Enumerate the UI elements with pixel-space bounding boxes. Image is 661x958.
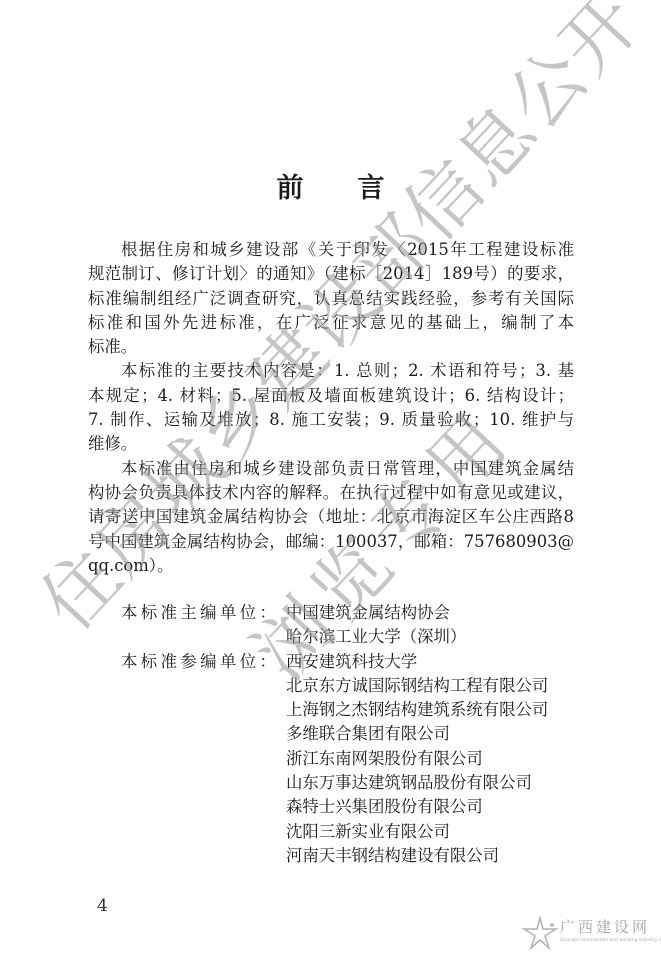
title-char-2: 言 <box>358 166 385 205</box>
text-line: 规范制订、修订计划〉的通知》（建标［2014］189号）的要求， <box>88 262 574 286</box>
page-title: 前言 <box>0 166 661 205</box>
participating-unit: 北京东方诚国际钢结构工程有限公司 <box>286 674 548 698</box>
participating-unit: 上海钢之杰钢结构建筑系统有限公司 <box>286 698 548 722</box>
text-line: 本标准的主要技术内容是：1. 总则；2. 术语和符号；3. 基 <box>88 359 574 383</box>
logo-subtitle: Guangxi construction and building indust… <box>560 938 661 943</box>
logo-name: 广西建设网 <box>560 916 650 937</box>
editor-units: 本标准主编单位： 中国建筑金属结构协会 哈尔滨工业大学（深圳） 本标准参编单位：… <box>121 601 548 868</box>
text-line: 标准和国外先进标准，在广泛征求意见的基础上，编制了本 <box>88 311 574 335</box>
preface-body: 根据住房和城乡建设部《关于印发〈2015年工程建设标准 规范制订、修订计划〉的通… <box>88 238 574 578</box>
paragraph-1: 根据住房和城乡建设部《关于印发〈2015年工程建设标准 规范制订、修订计划〉的通… <box>88 238 574 359</box>
text-line: 标准编制组经广泛调查研究，认真总结实践经验，参考有关国际 <box>88 287 574 311</box>
participating-editor-row: 本标准参编单位： 西安建筑科技大学 <box>121 650 548 674</box>
participating-editor-label: 本标准参编单位： <box>121 650 286 674</box>
text-line: qq.com）。 <box>88 554 574 578</box>
text-line: 号中国建筑金属结构协会，邮编：100037，邮箱：757680903@ <box>88 530 574 554</box>
text-line: 请寄送中国建筑金属结构协会（地址：北京市海淀区车公庄西路8 <box>88 505 574 529</box>
participating-unit: 沈阳三新实业有限公司 <box>286 820 450 844</box>
text-line: 维修。 <box>88 432 574 456</box>
participating-unit: 浙江东南网架股份有限公司 <box>286 747 483 771</box>
chief-editor-row: 哈尔滨工业大学（深圳） <box>121 625 548 649</box>
participating-unit: 西安建筑科技大学 <box>286 650 417 674</box>
participating-unit: 河南天丰钢结构建设有限公司 <box>286 844 499 868</box>
chief-editor-row: 本标准主编单位： 中国建筑金属结构协会 <box>121 601 548 625</box>
text-line: 标准。 <box>88 335 574 359</box>
chief-editor-unit: 中国建筑金属结构协会 <box>286 601 450 625</box>
chief-editor-label: 本标准主编单位： <box>121 601 286 625</box>
site-logo: 广西建设网 Guangxi construction and building … <box>520 914 660 954</box>
text-line: 本规定；4. 材料；5. 屋面板及墙面板建筑设计；6. 结构设计； <box>88 384 574 408</box>
star-logo-icon <box>522 916 558 950</box>
text-line: 构协会负责具体技术内容的解释。在执行过程中如有意见或建议， <box>88 481 574 505</box>
page-number: 4 <box>97 896 108 916</box>
participating-unit: 森特士兴集团股份有限公司 <box>286 795 483 819</box>
text-line: 7. 制作、运输及堆放；8. 施工安装；9. 质量验收；10. 维护与 <box>88 408 574 432</box>
paragraph-2: 本标准的主要技术内容是：1. 总则；2. 术语和符号；3. 基 本规定；4. 材… <box>88 359 574 456</box>
paragraph-3: 本标准由住房和城乡建设部负责日常管理，中国建筑金属结 构协会负责具体技术内容的解… <box>88 457 574 578</box>
text-line: 本标准由住房和城乡建设部负责日常管理，中国建筑金属结 <box>88 457 574 481</box>
title-char-1: 前 <box>277 166 304 205</box>
participating-unit: 山东万事达建筑钢品股份有限公司 <box>286 771 532 795</box>
text-line: 根据住房和城乡建设部《关于印发〈2015年工程建设标准 <box>88 238 574 262</box>
participating-unit: 多维联合集团有限公司 <box>286 722 450 746</box>
chief-editor-unit: 哈尔滨工业大学（深圳） <box>286 625 466 649</box>
